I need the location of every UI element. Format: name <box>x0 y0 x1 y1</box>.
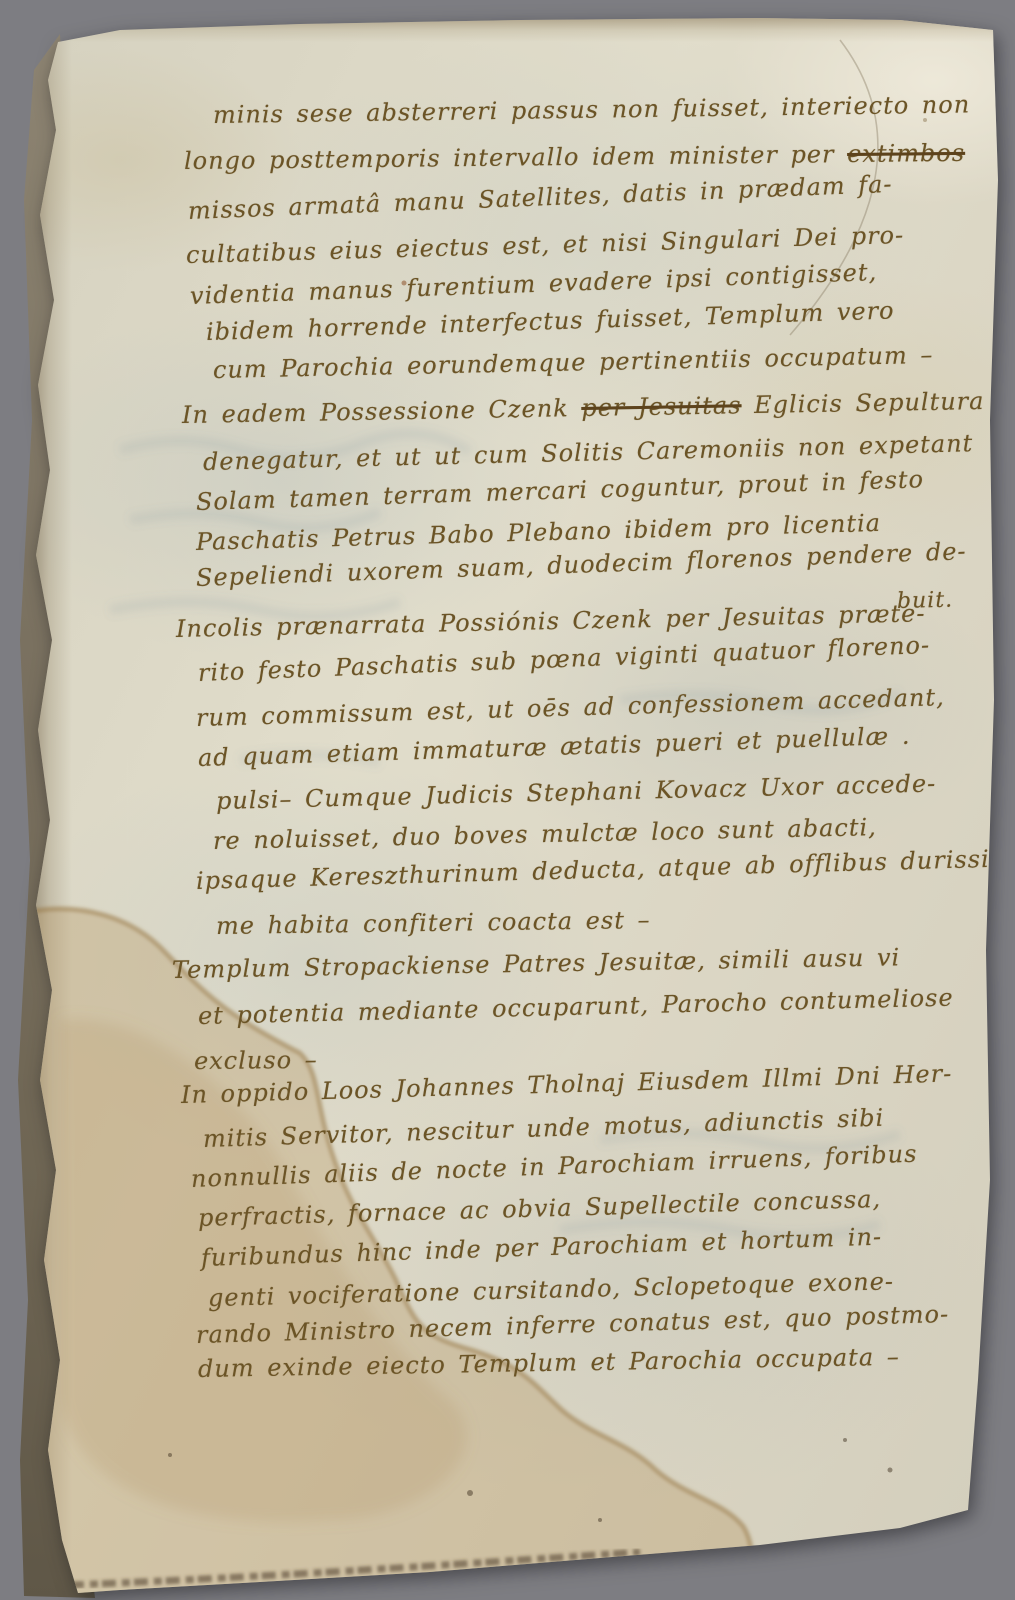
struck-text: extimbos <box>847 139 965 168</box>
line-text: longo posttemporis intervallo idem minis… <box>184 140 847 175</box>
manuscript-line-20: me habita confiteri coacta est – <box>216 905 651 941</box>
manuscript-paper: minis sese absterreri passus non fuisset… <box>0 0 1015 1600</box>
line-text: In eadem Possessione Czenk <box>182 394 582 429</box>
line-text: me habita confiteri coacta est – <box>216 906 651 940</box>
line-text: excluso – <box>194 1046 318 1075</box>
manuscript-line-23: excluso – <box>194 1045 318 1076</box>
paper-wrap: minis sese absterreri passus non fuisset… <box>0 0 1015 1600</box>
line-text: Eglicis Sepultura <box>741 387 984 419</box>
struck-text: per Jesuitas <box>581 391 742 422</box>
scanned-manuscript-page: minis sese absterreri passus non fuisset… <box>0 0 1015 1600</box>
